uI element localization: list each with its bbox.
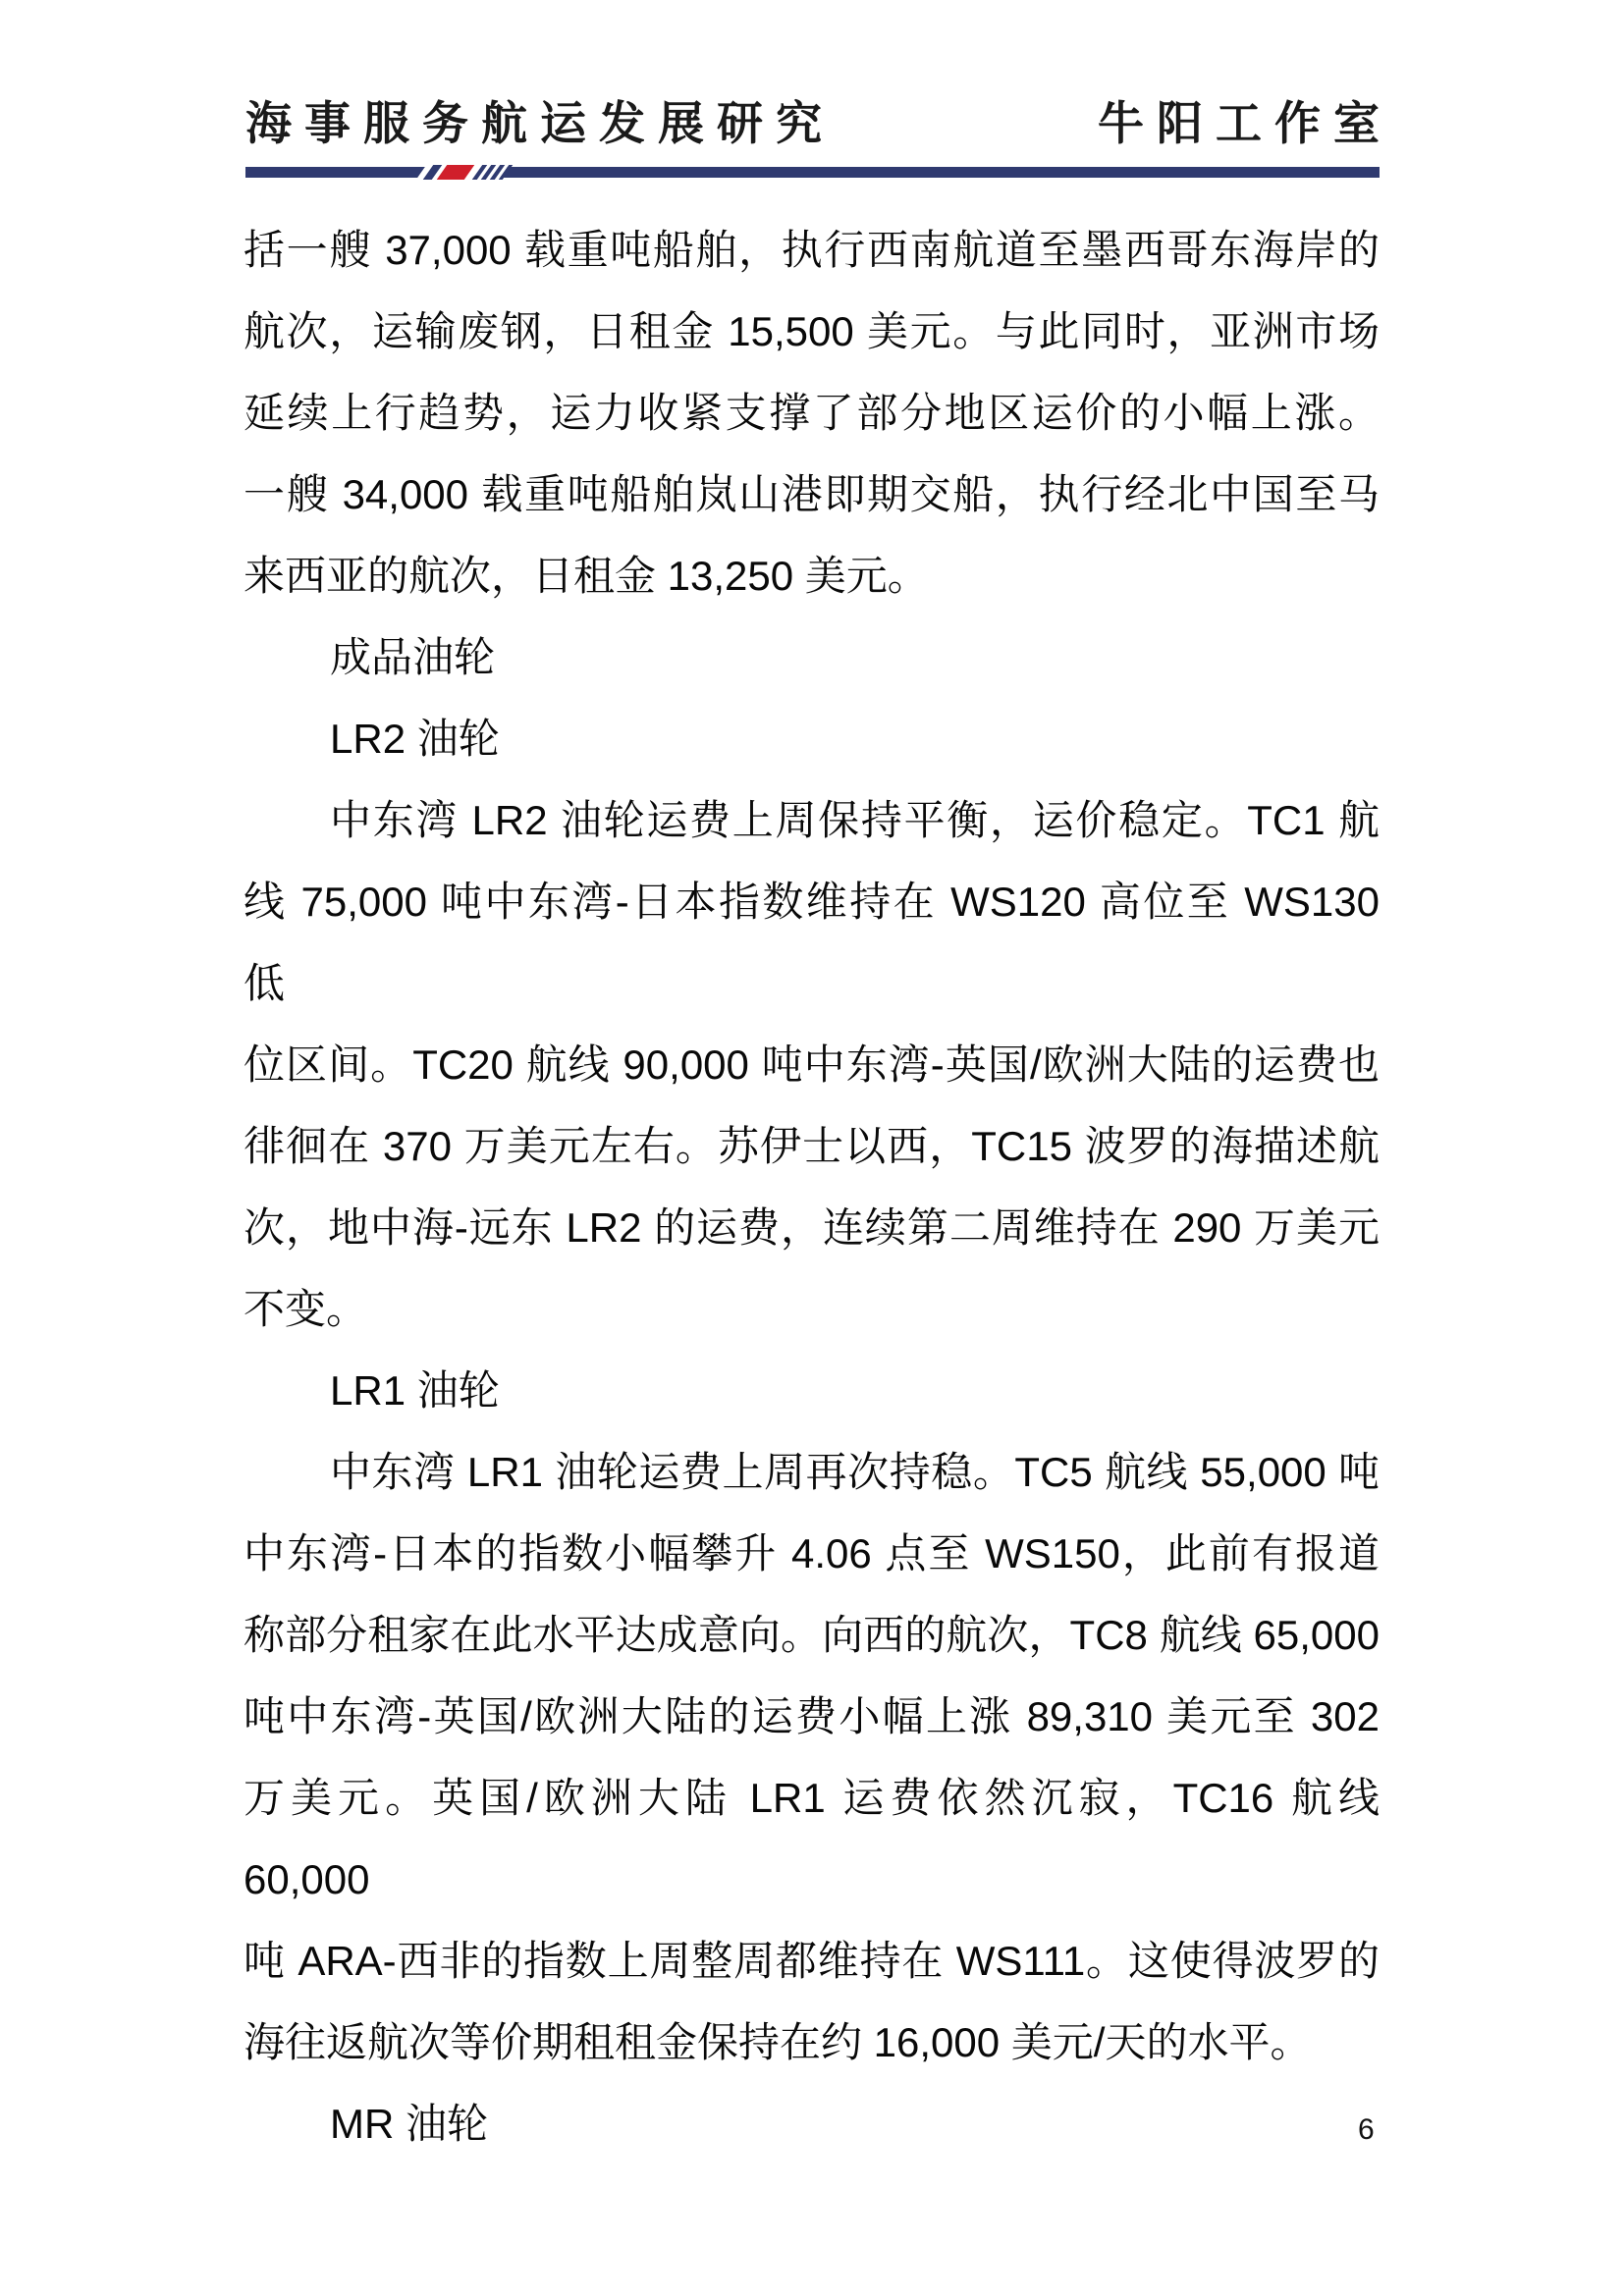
text-line: 次，地中海-远东 LR2 的运费，连续第二周维持在 290 万美元 bbox=[244, 1187, 1380, 1268]
text-line: 徘徊在 370 万美元左右。苏伊士以西，TC15 波罗的海描述航 bbox=[244, 1105, 1380, 1187]
header-title-left: 海事服务航运发展研究 bbox=[245, 94, 835, 153]
header-rule bbox=[245, 167, 1380, 178]
page-number: 6 bbox=[1358, 2112, 1375, 2148]
body-text: 括一艘 37,000 载重吨船舶，执行西南航道至墨西哥东海岸的 航次，运输废钢，… bbox=[244, 209, 1380, 2164]
text-line: 不变。 bbox=[244, 1268, 1380, 1350]
section-heading: LR1 油轮 bbox=[244, 1350, 1380, 1431]
text-line: 万美元。英国/欧洲大陆 LR1 运费依然沉寂，TC16 航线 60,000 bbox=[244, 1757, 1380, 1920]
page-header: 海事服务航运发展研究 牛阳工作室 bbox=[245, 94, 1380, 153]
text-line: 中东湾 LR2 油轮运费上周保持平衡，运价稳定。TC1 航 bbox=[244, 779, 1380, 861]
section-heading: MR 油轮 bbox=[244, 2083, 1380, 2164]
text-line: 延续上行趋势，运力收紧支撑了部分地区运价的小幅上涨。 bbox=[244, 372, 1380, 454]
text-line: 海往返航次等价期租租金保持在约 16,000 美元/天的水平。 bbox=[244, 2002, 1380, 2083]
text-line: 称部分租家在此水平达成意向。向西的航次，TC8 航线 65,000 bbox=[244, 1594, 1380, 1676]
text-line: 中东湾-日本的指数小幅攀升 4.06 点至 WS150，此前有报道 bbox=[244, 1513, 1380, 1594]
document-page: { "header": { "title_left": "海事服务航运发展研究"… bbox=[0, 0, 1624, 2296]
text-line: 一艘 34,000 载重吨船舶岚山港即期交船，执行经北中国至马 bbox=[244, 454, 1380, 535]
text-line: 来西亚的航次，日租金 13,250 美元。 bbox=[244, 535, 1380, 616]
section-heading: 成品油轮 bbox=[244, 616, 1380, 698]
text-line: 位区间。TC20 航线 90,000 吨中东湾-英国/欧洲大陆的运费也 bbox=[244, 1024, 1380, 1105]
text-line: 吨 ARA-西非的指数上周整周都维持在 WS111。这使得波罗的 bbox=[244, 1920, 1380, 2002]
text-line: 括一艘 37,000 载重吨船舶，执行西南航道至墨西哥东海岸的 bbox=[244, 209, 1380, 291]
text-line: 中东湾 LR1 油轮运费上周再次持稳。TC5 航线 55,000 吨 bbox=[244, 1431, 1380, 1513]
text-line: 航次，运输废钢，日租金 15,500 美元。与此同时，亚洲市场 bbox=[244, 291, 1380, 372]
text-line: 线 75,000 吨中东湾-日本指数维持在 WS120 高位至 WS130 低 bbox=[244, 861, 1380, 1024]
header-title-right: 牛阳工作室 bbox=[1098, 94, 1392, 153]
text-line: 吨中东湾-英国/欧洲大陆的运费小幅上涨 89,310 美元至 302 bbox=[244, 1676, 1380, 1757]
section-heading: LR2 油轮 bbox=[244, 698, 1380, 779]
